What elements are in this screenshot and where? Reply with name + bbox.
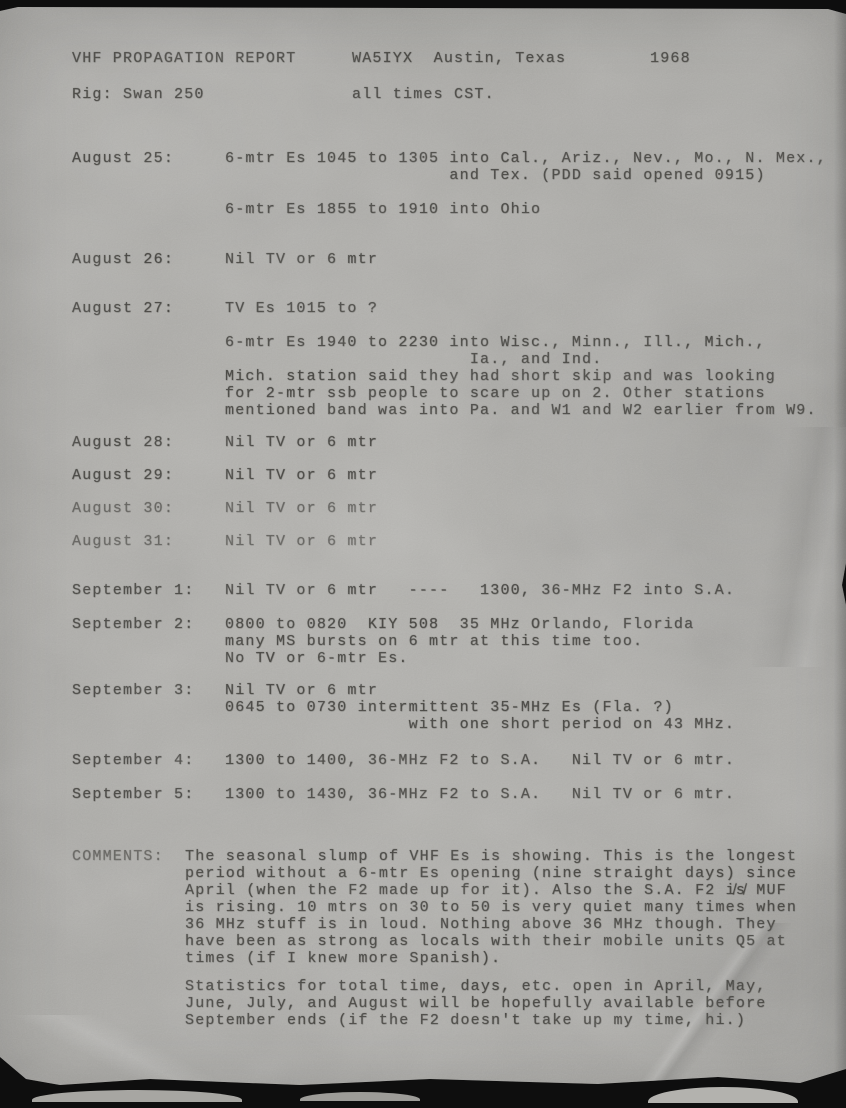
rig-line: Rig: Swan 250 — [72, 86, 205, 103]
text-line: The seasonal slump of VHF Es is showing.… — [185, 848, 797, 865]
text-line: 0800 to 0820 KIY 508 35 MHz Orlando, Flo… — [225, 616, 694, 633]
entry-body: TV Es 1015 to ? 6-mtr Es 1940 to 2230 in… — [225, 300, 817, 419]
entry-body: Nil TV or 6 mtr ---- 1300, 36-MHz F2 int… — [225, 582, 735, 599]
text-line: Nil TV or 6 mtr — [225, 500, 378, 517]
text-line — [225, 317, 817, 334]
entry-date: September 2: — [72, 616, 194, 633]
scanned-document-page: { "colors": { "paper": "#b1b0ac", "ink":… — [0, 0, 846, 1108]
entry-body: 0800 to 0820 KIY 508 35 MHz Orlando, Flo… — [225, 616, 694, 667]
text-line: 6-mtr Es 1045 to 1305 into Cal., Ariz., … — [225, 150, 827, 167]
text-line: Ia., and Ind. — [225, 351, 817, 368]
entry-date: August 27: — [72, 300, 174, 317]
entry-date: September 1: — [72, 582, 194, 599]
text-line: No TV or 6-mtr Es. — [225, 650, 694, 667]
text-line — [225, 184, 827, 201]
text-line: 0645 to 0730 intermittent 35-MHz Es (Fla… — [225, 699, 735, 716]
text-line: have been as strong as locals with their… — [185, 933, 797, 950]
entry-date: August 30: — [72, 500, 174, 517]
text-line: TV Es 1015 to ? — [225, 300, 817, 317]
text-line: for 2-mtr ssb people to scare up on 2. O… — [225, 385, 817, 402]
comments-paragraph: The seasonal slump of VHF Es is showing.… — [185, 848, 797, 967]
text-line: with one short period on 43 MHz. — [225, 716, 735, 733]
entry-date: August 28: — [72, 434, 174, 451]
station-line: WA5IYX Austin, Texas — [352, 50, 566, 67]
entry-body: Nil TV or 6 mtr — [225, 500, 378, 517]
text-line: June, July, and August will be hopefully… — [185, 995, 766, 1012]
entry-body: Nil TV or 6 mtr — [225, 467, 378, 484]
text-line: 1300 to 1430, 36-MHz F2 to S.A. Nil TV o… — [225, 786, 735, 803]
text-line: period without a 6-mtr Es opening (nine … — [185, 865, 797, 882]
text-line: is rising. 10 mtrs on 30 to 50 is very q… — [185, 899, 797, 916]
text-line: 6-mtr Es 1855 to 1910 into Ohio — [225, 201, 827, 218]
text-line: Nil TV or 6 mtr — [225, 682, 735, 699]
text-line: Nil TV or 6 mtr ---- 1300, 36-MHz F2 int… — [225, 582, 735, 599]
time-note: all times CST. — [352, 86, 495, 103]
entry-date: August 31: — [72, 533, 174, 550]
text-line: April (when the F2 made up for it). Also… — [185, 882, 797, 899]
entry-date: September 4: — [72, 752, 194, 769]
entry-date: September 3: — [72, 682, 194, 699]
entry-body: 6-mtr Es 1045 to 1305 into Cal., Ariz., … — [225, 150, 827, 218]
entry-date: September 5: — [72, 786, 194, 803]
typewritten-text-layer: VHF PROPAGATION REPORT WA5IYX Austin, Te… — [0, 0, 846, 1108]
entry-body: 1300 to 1400, 36-MHz F2 to S.A. Nil TV o… — [225, 752, 735, 769]
year-label: 1968 — [650, 50, 691, 67]
entry-body: Nil TV or 6 mtr — [225, 533, 378, 550]
text-line: Nil TV or 6 mtr — [225, 251, 378, 268]
entry-date: August 26: — [72, 251, 174, 268]
entry-date: August 29: — [72, 467, 174, 484]
entry-date: August 25: — [72, 150, 174, 167]
entry-body: Nil TV or 6 mtr — [225, 434, 378, 451]
entry-body: Nil TV or 6 mtr0645 to 0730 intermittent… — [225, 682, 735, 733]
text-line: Nil TV or 6 mtr — [225, 467, 378, 484]
text-line: 1300 to 1400, 36-MHz F2 to S.A. Nil TV o… — [225, 752, 735, 769]
text-line: and Tex. (PDD said opened 0915) — [225, 167, 827, 184]
text-line: Statistics for total time, days, etc. op… — [185, 978, 766, 995]
entry-body: Nil TV or 6 mtr — [225, 251, 378, 268]
text-line: times (if I knew more Spanish). — [185, 950, 797, 967]
entry-body: 1300 to 1430, 36-MHz F2 to S.A. Nil TV o… — [225, 786, 735, 803]
comments-label: COMMENTS: — [72, 848, 164, 865]
text-line: 36 MHz stuff is in loud. Nothing above 3… — [185, 916, 797, 933]
text-line: 6-mtr Es 1940 to 2230 into Wisc., Minn.,… — [225, 334, 817, 351]
statistics-paragraph: Statistics for total time, days, etc. op… — [185, 978, 766, 1029]
text-line: mentioned band was into Pa. and W1 and W… — [225, 402, 817, 419]
text-line: Nil TV or 6 mtr — [225, 434, 378, 451]
text-line: Nil TV or 6 mtr — [225, 533, 378, 550]
text-line: September ends (if the F2 doesn't take u… — [185, 1012, 766, 1029]
text-line: many MS bursts on 6 mtr at this time too… — [225, 633, 694, 650]
page-title: VHF PROPAGATION REPORT — [72, 50, 296, 67]
text-line: Mich. station said they had short skip a… — [225, 368, 817, 385]
